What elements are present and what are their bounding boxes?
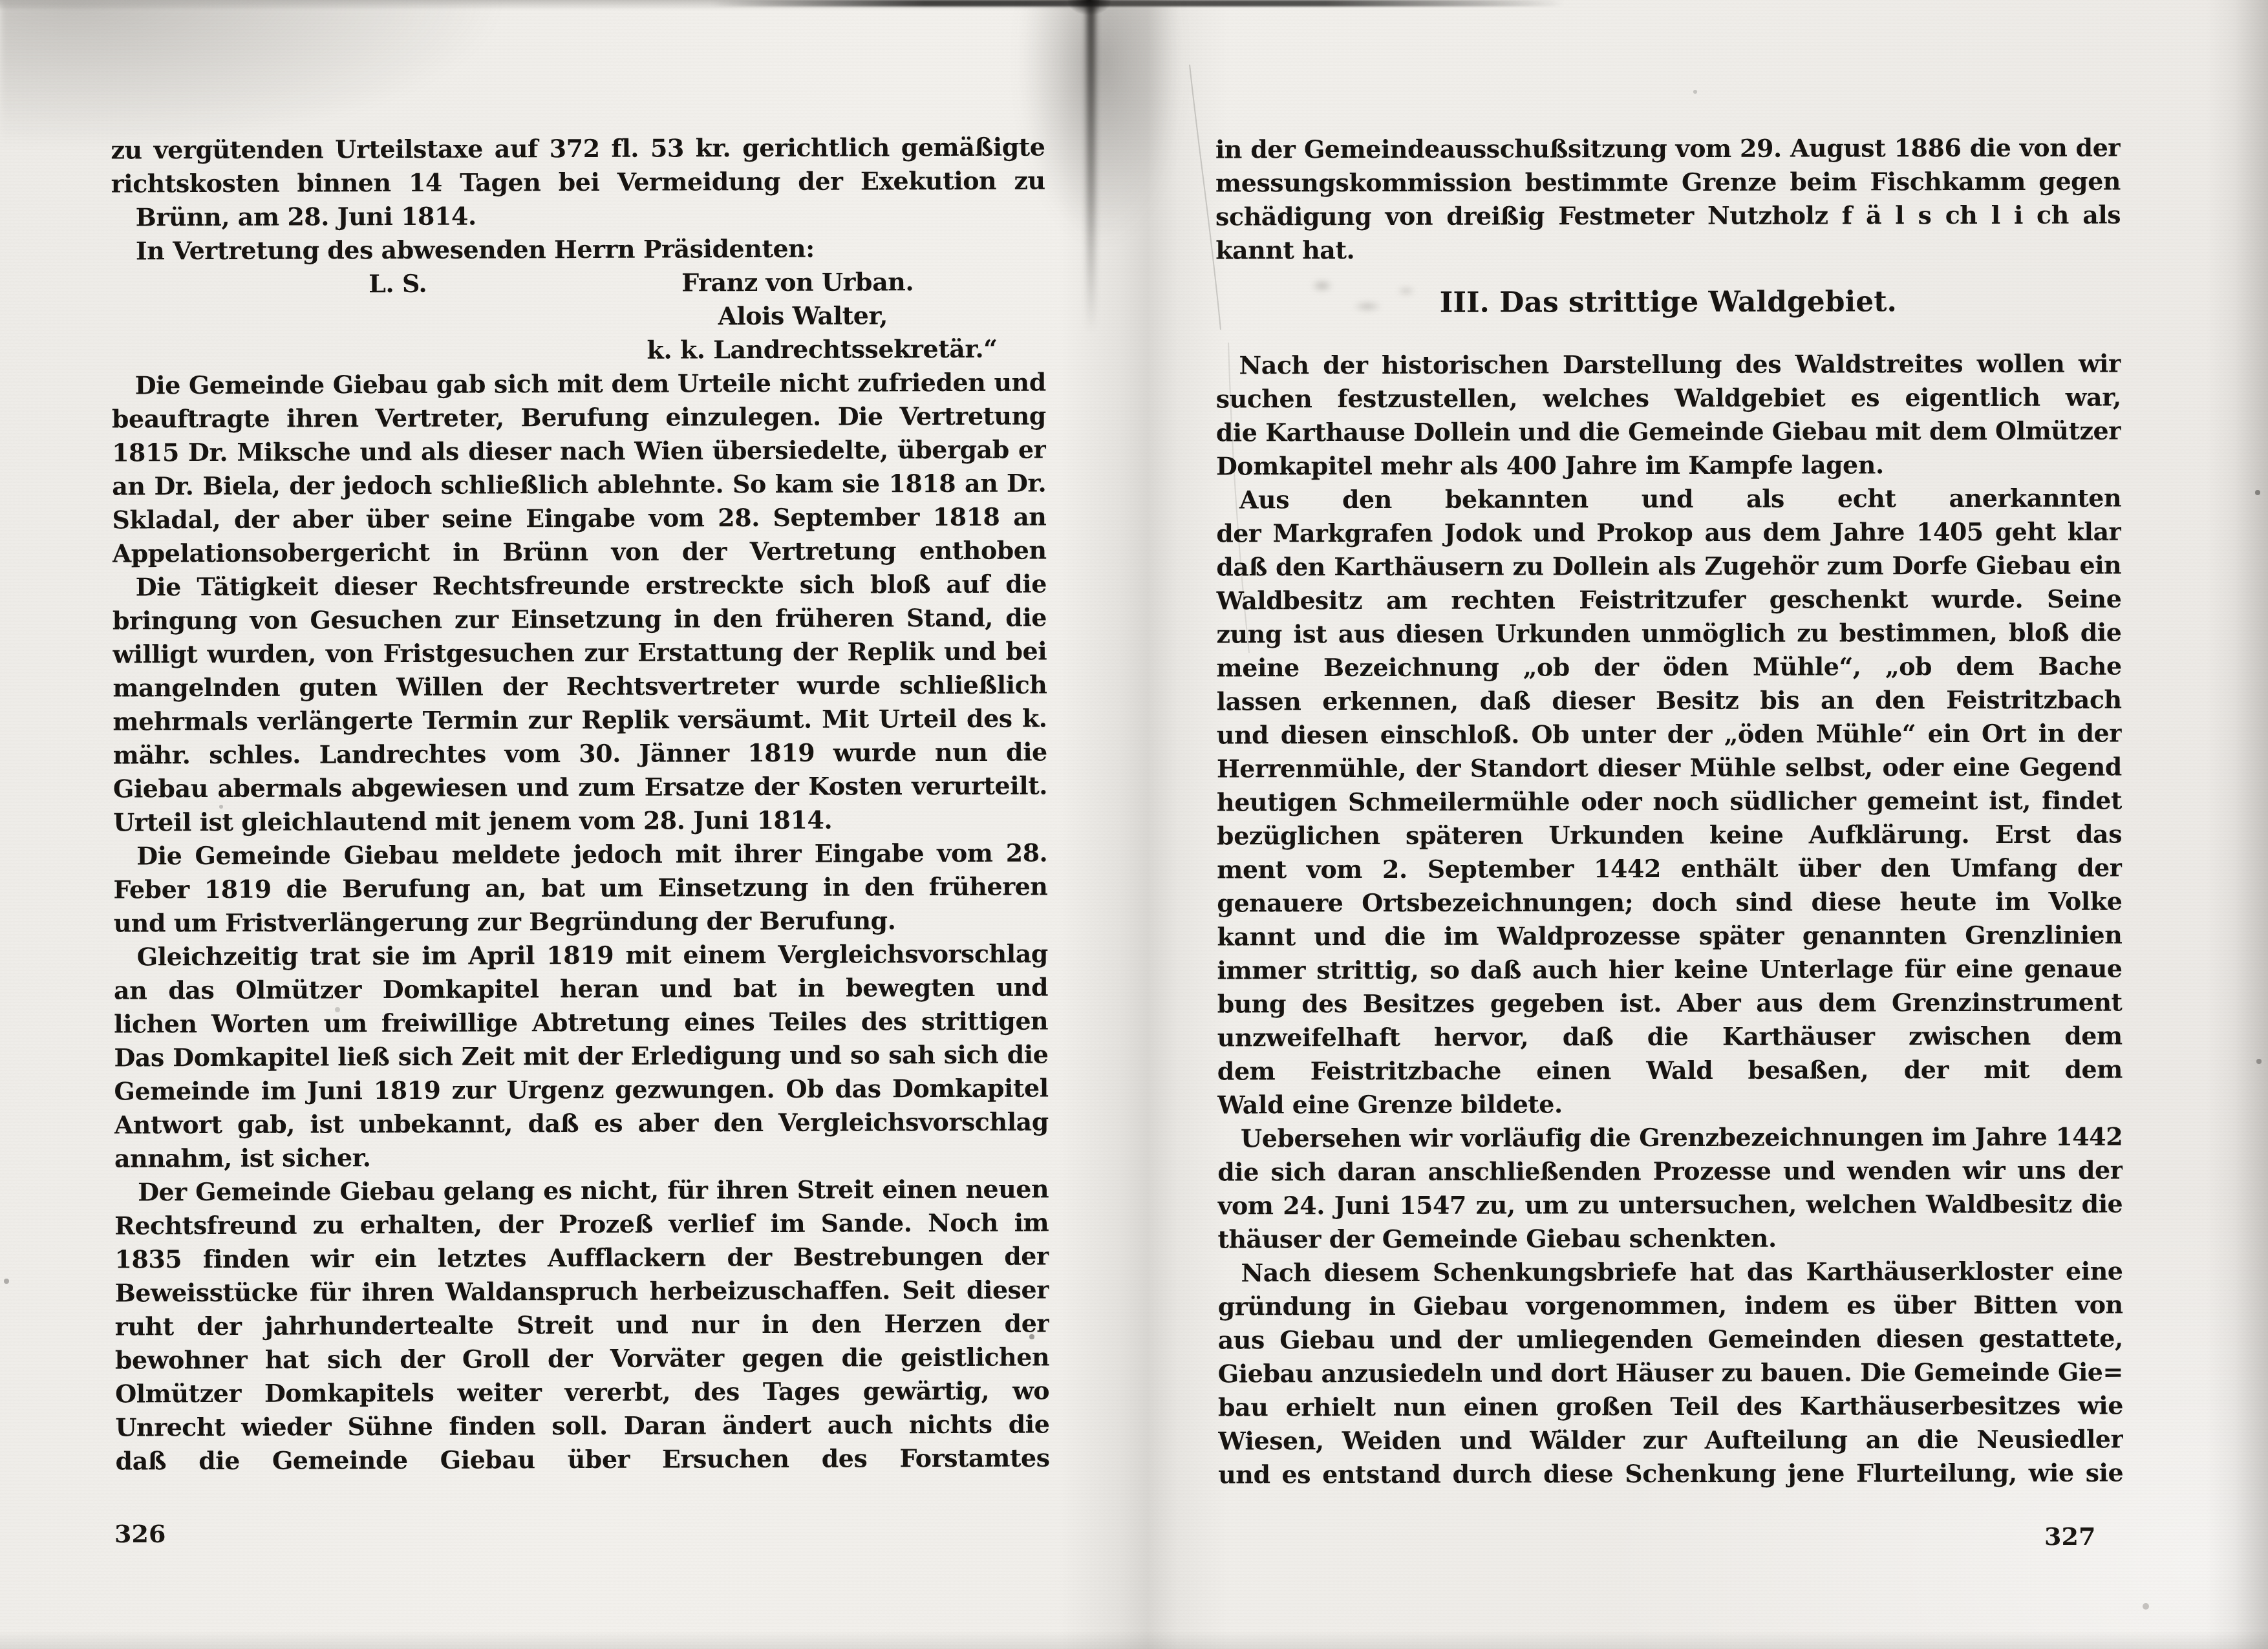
text-line: Feber 1819 die Berufung an, bat um Einse…: [113, 869, 1047, 906]
paragraph: Die Tätigkeit dieser Rechtsfreunde erstr…: [112, 567, 1047, 839]
paragraph: zu vergütenden Urteilstaxe auf 372 fl. 5…: [111, 130, 1045, 200]
text-line: kannt hat.: [1215, 232, 2121, 268]
text-line: bung des Besitzes gegeben ist. Aber aus …: [1217, 986, 2123, 1021]
scan-canvas: zu vergütenden Urteilstaxe auf 372 fl. 5…: [0, 0, 2268, 1649]
text-line: und es entstand durch diese Schenkung je…: [1218, 1456, 2123, 1492]
paragraph: Aus den bekannten und als echt anerkannt…: [1216, 482, 2123, 1122]
text-line: an Dr. Biela, der jedoch schließlich abl…: [112, 466, 1046, 503]
text-line: genauere Ortsbezeichnungen; doch sind di…: [1217, 885, 2122, 920]
text-line: Beweisstücke für ihren Waldanspruch herb…: [115, 1273, 1049, 1310]
text-line: lassen erkennen, daß dieser Besitz bis a…: [1217, 683, 2122, 719]
signature-row: L. S.Franz von Urban.: [111, 264, 1045, 301]
seal-mark: L. S.: [369, 267, 427, 301]
text-line: und diesen einschloß. Ob unter der „öden…: [1217, 717, 2122, 752]
text-line: ruht der jahrhundertealte Streit und nur…: [115, 1306, 1049, 1343]
text-line: Nach der historischen Darstellung des Wa…: [1215, 347, 2121, 383]
page-number-left: 326: [114, 1519, 166, 1548]
text-line: kannt und die im Waldprozesse später gen…: [1217, 919, 2122, 954]
text-line: mähr. schles. Landrechtes vom 30. Jänner…: [113, 735, 1047, 772]
text-line: bezüglichen späteren Urkunden keine Aufk…: [1217, 818, 2122, 853]
text-line: messungskommission bestimmte Grenze beim…: [1215, 165, 2121, 200]
text-line: Giebau anzusiedeln und dort Häuser zu ba…: [1218, 1356, 2123, 1391]
text-line: willigt wurden, von Fristgesuchen zur Er…: [112, 634, 1047, 671]
paragraph: Nach diesem Schenkungsbriefe hat das Kar…: [1217, 1255, 2123, 1492]
text-line: Herrenmühle, der Standort dieser Mühle s…: [1217, 750, 2122, 786]
page-number-right: 327: [2044, 1522, 2095, 1551]
text-line: Domkapitel mehr als 400 Jahre im Kampfe …: [1216, 448, 2121, 484]
signature-title: k. k. Landrechtssekretär.“: [647, 332, 1045, 367]
text-line: Olmützer Domkapitels weiter vererbt, des…: [115, 1374, 1049, 1410]
text-line: Antwort gab, ist unbekannt, daß es aber …: [114, 1105, 1049, 1142]
paragraph: Gleichzeitig trat sie im April 1819 mit …: [114, 937, 1049, 1175]
dateline: Brünn, am 28. Juni 1814.: [136, 197, 1045, 234]
text-line: suchen festzustellen, welches Waldgebiet…: [1216, 381, 2121, 416]
paragraph: Nach der historischen Darstellung des Wa…: [1215, 347, 2121, 484]
text-line: schädigung von dreißig Festmeter Nutzhol…: [1215, 198, 2121, 234]
attestation-line: In Vertretung des abwesenden Herrn Präsi…: [136, 231, 1045, 268]
text-line: Unrecht wieder Sühne finden soll. Daran …: [115, 1407, 1049, 1444]
paragraph: Uebersehen wir vorläufig die Grenzbezeic…: [1217, 1120, 2123, 1257]
text-line: Gleichzeitig trat sie im April 1819 mit …: [114, 937, 1048, 973]
text-line: Das Domkapitel ließ sich Zeit mit der Er…: [114, 1037, 1048, 1074]
text-line: Wiesen, Weiden und Wälder zur Aufteilung…: [1218, 1423, 2123, 1458]
text-line: Nach diesem Schenkungsbriefe hat das Kar…: [1217, 1255, 2123, 1290]
paragraph: Die Gemeinde Giebau meldete jedoch mit i…: [113, 836, 1048, 940]
text-line: vom 24. Juni 1547 zu, um zu untersuchen,…: [1217, 1187, 2123, 1223]
text-line: Gemeinde im Juni 1819 zur Urgenz gezwung…: [114, 1071, 1048, 1108]
text-line: Rechtsfreund zu erhalten, der Prozeß ver…: [114, 1206, 1049, 1242]
paragraph: Die Gemeinde Giebau gab sich mit dem Urt…: [112, 365, 1047, 570]
text-line: 1835 finden wir ein letztes Aufflackern …: [114, 1239, 1049, 1276]
text-line: Uebersehen wir vorläufig die Grenzbezeic…: [1217, 1120, 2123, 1156]
page-327-text-column: in der Gemeindeausschußsitzung vom 29. A…: [1215, 131, 2123, 1492]
text-line: Giebau abermals abgewiesen und zum Ersat…: [113, 769, 1047, 805]
text-line: annahm, ist sicher.: [114, 1138, 1049, 1175]
section-heading: III. Das strittige Waldgebiet.: [1215, 282, 2121, 323]
text-line: mangelnden guten Willen der Rechtsvertre…: [112, 668, 1047, 705]
text-line: Die Tätigkeit dieser Rechtsfreunde erstr…: [112, 567, 1047, 604]
text-line: meine Bezeichnung „ob der öden Mühle“, „…: [1216, 650, 2121, 685]
signature-name: Franz von Urban.: [681, 265, 914, 299]
text-line: aus Giebau und der umliegenden Gemeinden…: [1218, 1322, 2123, 1357]
text-line: bringung von Gesuchen zur Einsetzung in …: [112, 601, 1047, 637]
text-line: Urteil ist gleichlautend mit jenem vom 2…: [113, 802, 1047, 839]
text-line: Der Gemeinde Giebau gelang es nicht, für…: [114, 1172, 1049, 1209]
text-line: thäuser der Gemeinde Giebau schenkten.: [1217, 1221, 2123, 1257]
text-line: gründung in Giebau vorgenommen, indem es…: [1218, 1288, 2123, 1324]
text-line: Wald eine Grenze bildete.: [1217, 1087, 2123, 1122]
text-line: heutigen Schmeilermühle oder noch südlic…: [1217, 784, 2122, 820]
text-line: ment vom 2. September 1442 enthält über …: [1217, 851, 2122, 887]
text-line: Die Gemeinde Giebau gab sich mit dem Urt…: [112, 365, 1046, 402]
text-line: daß die Gemeinde Giebau über Ersuchen de…: [115, 1441, 1049, 1478]
text-line: dem Feistritzbache einen Wald besaßen, d…: [1217, 1053, 2123, 1089]
text-line: zung ist aus diesen Urkunden unmöglich z…: [1216, 616, 2121, 652]
text-line: mehrmals verlängerte Termin zur Replik v…: [112, 701, 1047, 738]
text-line: an das Olmützer Domkapitel heran und bat…: [114, 970, 1048, 1007]
paragraph: in der Gemeindeausschußsitzung vom 29. A…: [1215, 131, 2121, 268]
text-line: Skladal, der aber über seine Eingabe vom…: [112, 500, 1046, 537]
text-line: und um Fristverlängerung zur Begründung …: [114, 903, 1048, 940]
signature-name: Alois Walter,: [718, 298, 1045, 333]
text-line: die sich daran anschließenden Prozesse u…: [1217, 1154, 2123, 1189]
text-line: 1815 Dr. Miksche und als dieser nach Wie…: [112, 432, 1046, 469]
text-line: bewohner hat sich der Groll der Vorväter…: [115, 1340, 1049, 1377]
text-line: Aus den bekannten und als echt anerkannt…: [1216, 482, 2121, 517]
text-line: zu vergütenden Urteilstaxe auf 372 fl. 5…: [111, 130, 1045, 167]
text-line: Appelationsobergericht in Brünn von der …: [112, 533, 1047, 570]
text-line: lichen Worten um freiwillige Abtretung e…: [114, 1004, 1048, 1041]
text-line: die Karthause Dollein und die Gemeinde G…: [1216, 414, 2121, 450]
scanned-book-spread: { "colors": { "paper": "#f0eeea", "ink":…: [0, 0, 2268, 1649]
text-line: Waldbesitz am rechten Feistritzufer gesc…: [1216, 582, 2121, 618]
text-line: in der Gemeindeausschußsitzung vom 29. A…: [1215, 131, 2121, 167]
text-line: daß den Karthäusern zu Dollein als Zugeh…: [1216, 549, 2121, 584]
text-line: beauftragte ihren Vertreter, Berufung ei…: [112, 399, 1046, 436]
text-line: bau erhielt nun einen großen Teil des Ka…: [1218, 1389, 2123, 1425]
page-326-text-column: zu vergütenden Urteilstaxe auf 372 fl. 5…: [111, 130, 1049, 1478]
text-line: der Markgrafen Jodok und Prokop aus dem …: [1216, 515, 2121, 551]
paragraph: Der Gemeinde Giebau gelang es nicht, für…: [114, 1172, 1050, 1478]
text-line: richtskosten binnen 14 Tagen bei Vermeid…: [111, 164, 1045, 200]
text-line: immer strittig, so daß auch hier keine U…: [1217, 952, 2122, 988]
text-line: Die Gemeinde Giebau meldete jedoch mit i…: [113, 836, 1047, 873]
text-line: unzweifelhaft hervor, daß die Karthäuser…: [1217, 1019, 2123, 1055]
